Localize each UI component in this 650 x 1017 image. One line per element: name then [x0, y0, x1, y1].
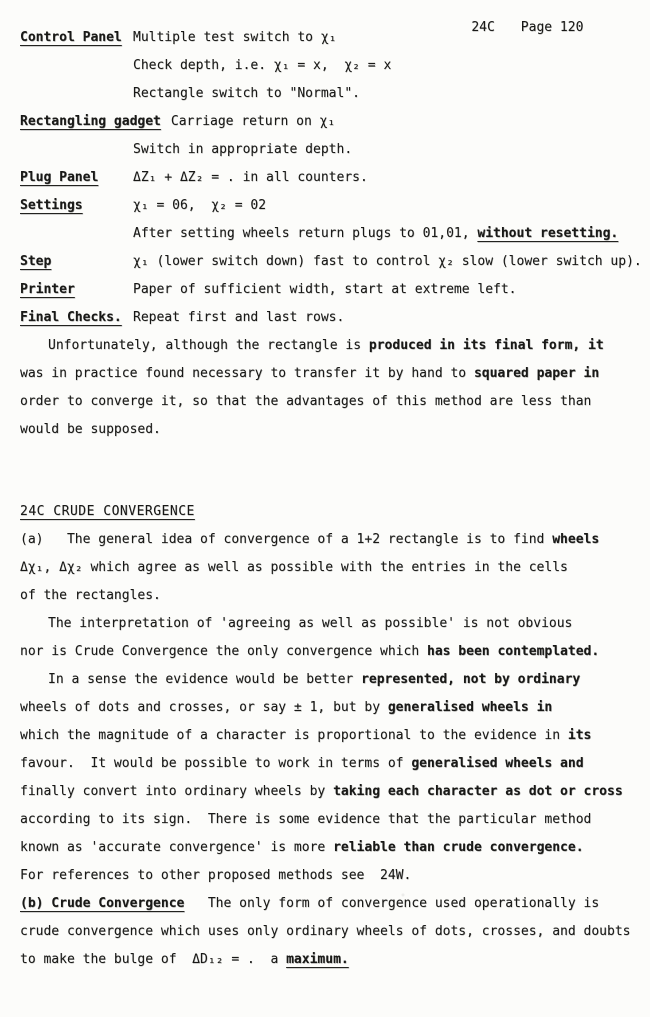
text-segment: to make the bulge of ΔD₁₂ = . a — [20, 952, 286, 967]
document-line: Rectangling gadgetCarriage return on χ₁ — [20, 108, 646, 136]
document-line: Plug PanelΔZ₁ + ΔZ₂ = . in all counters. — [20, 164, 646, 192]
text-segment: generalised wheels in — [388, 700, 552, 715]
document-line: of the rectangles. — [20, 582, 646, 610]
text-segment: In a sense the evidence would be better — [48, 672, 361, 687]
document-line: favour. It would be possible to work in … — [20, 750, 646, 778]
document-line: known as 'accurate convergence' is more … — [20, 834, 646, 862]
text-segment: Multiple test switch to χ₁ — [133, 30, 337, 45]
row-label: Control Panel — [20, 24, 133, 52]
blank-line — [20, 444, 646, 471]
document-line: order to converge it, so that the advant… — [20, 388, 646, 416]
text-segment: favour. It would be possible to work in … — [20, 756, 411, 771]
document-line: crude convergence which uses only ordina… — [20, 918, 646, 946]
document-line: PrinterPaper of sufficient width, start … — [20, 276, 646, 304]
text-segment: After setting wheels return plugs to 01,… — [133, 226, 477, 241]
text-segment: Unfortunately, although the rectangle is — [48, 338, 369, 353]
text-segment: nor is Crude Convergence the only conver… — [20, 644, 427, 659]
document-line: was in practice found necessary to trans… — [20, 360, 646, 388]
row-label: Step — [20, 248, 133, 276]
text-segment: Repeat first and last rows. — [133, 310, 344, 325]
section-heading: 24C CRUDE CONVERGENCE — [20, 498, 646, 526]
text-segment: its — [568, 728, 591, 743]
document-line: Δχ₁, Δχ₂ which agree as well as possible… — [20, 554, 646, 582]
text-segment: known as 'accurate convergence' is more — [20, 840, 333, 855]
document-line: Control PanelMultiple test switch to χ₁ — [20, 24, 646, 52]
text-segment: has been contemplated. — [427, 644, 599, 659]
text-segment: produced in its final form, it — [369, 338, 604, 353]
text-segment: For references to other proposed methods… — [20, 868, 411, 883]
document-line: (b) Crude Convergence The only form of c… — [20, 890, 646, 918]
document-line: according to its sign. There is some evi… — [20, 806, 646, 834]
text-segment: Switch in appropriate depth. — [133, 142, 352, 157]
document-line: to make the bulge of ΔD₁₂ = . a maximum. — [20, 946, 646, 974]
text-segment: The interpretation of 'agreeing as well … — [48, 616, 572, 631]
document-line: Switch in appropriate depth. — [20, 136, 646, 164]
text-segment: which the magnitude of a character is pr… — [20, 728, 568, 743]
document-line: wheels of dots and crosses, or say ± 1, … — [20, 694, 646, 722]
row-label: Printer — [20, 276, 133, 304]
document-line: Rectangle switch to "Normal". — [20, 80, 646, 108]
text-segment: Rectangle switch to "Normal". — [133, 86, 360, 101]
document-line: finally convert into ordinary wheels by … — [20, 778, 646, 806]
document-line: Stepχ₁ (lower switch down) fast to contr… — [20, 248, 646, 276]
text-segment: was in practice found necessary to trans… — [20, 366, 474, 381]
document-line: would be supposed. — [20, 416, 646, 444]
text-segment: taking each character as dot or cross — [333, 784, 623, 799]
document-line: Check depth, i.e. χ₁ = x, χ₂ = x — [20, 52, 646, 80]
text-segment: squared paper in — [474, 366, 599, 381]
text-segment: of the rectangles. — [20, 588, 161, 603]
blank-line — [20, 471, 646, 498]
text-segment: Check depth, i.e. χ₁ = x, χ₂ = x — [133, 58, 391, 73]
document-line: For references to other proposed methods… — [20, 862, 646, 890]
text-segment: generalised wheels and — [411, 756, 583, 771]
document-line: which the magnitude of a character is pr… — [20, 722, 646, 750]
text-segment: The only form of convergence used operat… — [184, 896, 599, 911]
text-segment: χ₁ (lower switch down) fast to control χ… — [133, 254, 642, 269]
document-line: After setting wheels return plugs to 01,… — [20, 220, 646, 248]
text-segment: finally convert into ordinary wheels by — [20, 784, 333, 799]
row-label: Plug Panel — [20, 164, 133, 192]
document-line: Unfortunately, although the rectangle is… — [20, 332, 646, 360]
text-segment: crude convergence which uses only ordina… — [20, 924, 630, 939]
text-segment: wheels of dots and crosses, or say ± 1, … — [20, 700, 388, 715]
document-line: The interpretation of 'agreeing as well … — [20, 610, 646, 638]
text-segment: order to converge it, so that the advant… — [20, 394, 591, 409]
text-segment: according to its sign. There is some evi… — [20, 812, 591, 827]
text-segment: maximum. — [286, 952, 349, 967]
text-segment: (a) The general idea of convergence of a… — [20, 532, 552, 547]
text-segment: Paper of sufficient width, start at extr… — [133, 282, 517, 297]
document-line: Final Checks.Repeat first and last rows. — [20, 304, 646, 332]
text-segment: Δχ₁, Δχ₂ which agree as well as possible… — [20, 560, 568, 575]
text-segment: represented, not by ordinary — [361, 672, 580, 687]
text-segment: 24C CRUDE CONVERGENCE — [20, 504, 195, 519]
text-segment: without resetting. — [477, 226, 618, 241]
text-segment: would be supposed. — [20, 422, 161, 437]
text-segment: Carriage return on χ₁ — [171, 114, 335, 129]
text-segment: (b) Crude Convergence — [20, 896, 184, 911]
row-label: Final Checks. — [20, 304, 133, 332]
text-segment: wheels — [552, 532, 599, 547]
document-line: In a sense the evidence would be better … — [20, 666, 646, 694]
document-line: (a) The general idea of convergence of a… — [20, 526, 646, 554]
scanned-document-page: 24CPage 120 Control PanelMultiple test s… — [0, 0, 650, 1017]
document-line: Settingsχ₁ = 06, χ₂ = 02 — [20, 192, 646, 220]
text-segment: reliable than crude convergence. — [333, 840, 583, 855]
row-label: Rectangling gadget — [20, 108, 171, 136]
document-body: Control PanelMultiple test switch to χ₁C… — [20, 24, 646, 974]
row-label: Settings — [20, 192, 133, 220]
text-segment: ΔZ₁ + ΔZ₂ = . in all counters. — [133, 170, 368, 185]
text-segment: χ₁ = 06, χ₂ = 02 — [133, 198, 266, 213]
document-line: nor is Crude Convergence the only conver… — [20, 638, 646, 666]
